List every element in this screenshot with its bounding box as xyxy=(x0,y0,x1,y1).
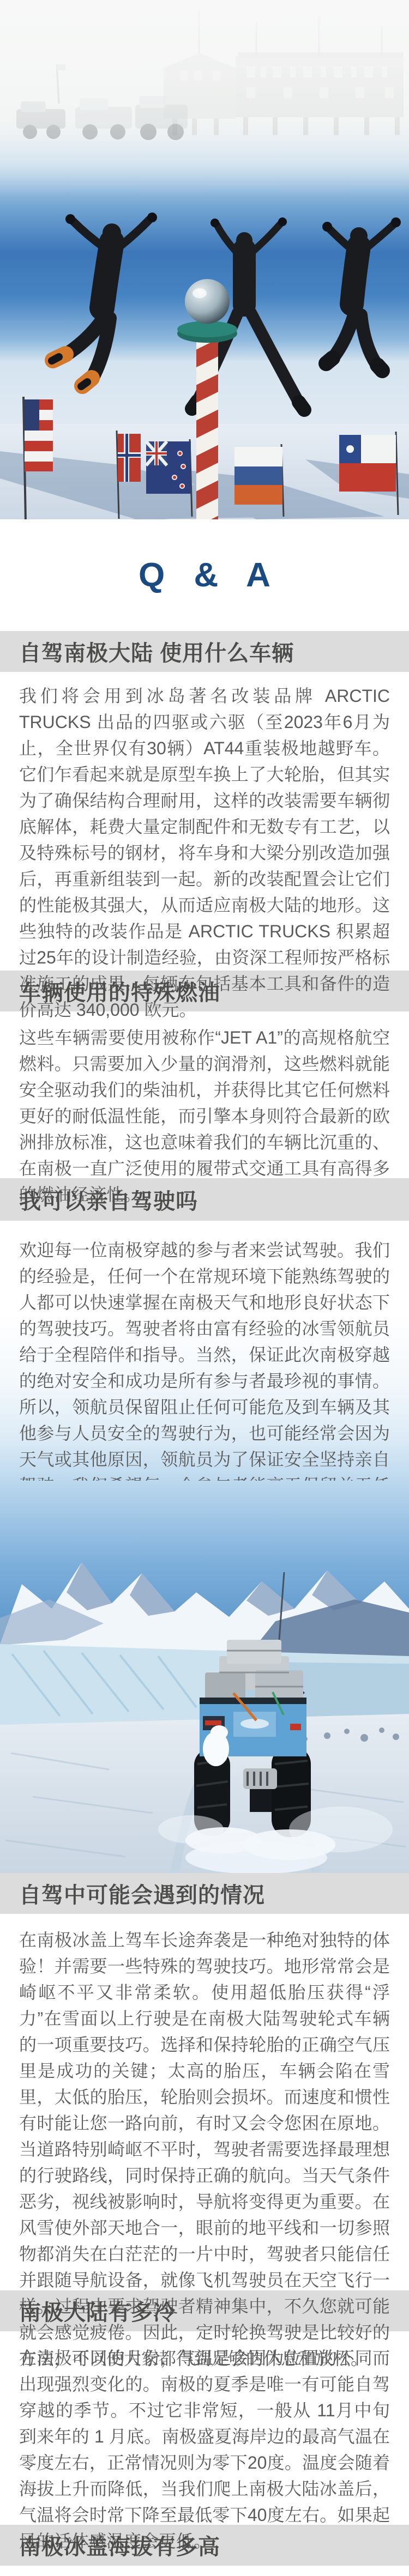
section-body-block-how-cold: 在南极不同的月份，气温是会因为位置的不同而出现强烈变化的。南极的夏季是唯一有可能… xyxy=(0,2331,409,2525)
page-bottom-space xyxy=(0,2566,409,2576)
section-body-block-fuel: 这些车辆需要使用被称作“JET A1”的高规格航空燃料。只需要加入少量的润滑剂，… xyxy=(0,1011,409,1178)
section-banner-vehicles: 自驾南极大陆 使用什么车辆 xyxy=(0,631,409,672)
section-heading-fuel: 车辆使用的特殊燃油 xyxy=(19,975,220,1007)
section-body-fuel: 这些车辆需要使用被称作“JET A1”的高规格航空燃料。只需要加入少量的润滑剂，… xyxy=(19,1025,390,1208)
section-banner-elevation: 南极冰盖海拔有多高 xyxy=(0,2525,409,2566)
section-body-vehicles: 我们将会用到冰岛著名改装品牌 ARCTIC TRUCKS 出品的四驱或六驱（至2… xyxy=(19,683,390,1023)
section-body-block-situations: 在南极冰盖上驾车长途奔袭是一种绝对独特的体验！并需要一些特殊的驾驶技巧。地形常常… xyxy=(0,1914,409,2290)
section-heading-elevation: 南极冰盖海拔有多高 xyxy=(19,2530,220,2561)
sky-haze xyxy=(0,0,409,196)
section-banner-situations: 自驾中可能会遇到的情况 xyxy=(0,1873,409,1914)
section-heading-situations: 自驾中可能会遇到的情况 xyxy=(19,1878,265,1909)
qa-title-section: Q & A xyxy=(0,519,409,631)
drive-myself-section: 欢迎每一位南极穿越的参与者来尝试驾驶。我们的经验是，任何一个在常规环境下能熟练驾… xyxy=(0,1221,409,1873)
section-body-block-vehicles: 我们将会用到冰岛著名改装品牌 ARCTIC TRUCKS 出品的四驱或六驱（至2… xyxy=(0,672,409,971)
section-banner-drive-myself: 我可以亲自驾驶吗 xyxy=(0,1178,409,1221)
section-body-how-cold: 在南极不同的月份，气温是会因为位置的不同而出现强烈变化的。南极的夏季是唯一有可能… xyxy=(19,2345,390,2554)
section-heading-vehicles: 自驾南极大陆 使用什么车辆 xyxy=(19,636,294,667)
section-body-drive-myself: 欢迎每一位南极穿越的参与者来尝试驾驶。我们的经验是，任何一个在常规环境下能熟练驾… xyxy=(0,1221,409,1525)
section-heading-drive-myself: 我可以亲自驾驶吗 xyxy=(19,1184,198,1215)
hero-photo xyxy=(0,0,409,519)
section-heading-how-cold: 南极大陆有多冷 xyxy=(19,2295,176,2326)
truck-photo xyxy=(0,1481,409,1873)
article-page: Q & A 自驾南极大陆 使用什么车辆 我们将会用到冰岛著名改装品牌 ARCTI… xyxy=(0,0,409,2576)
qa-title: Q & A xyxy=(129,556,280,595)
